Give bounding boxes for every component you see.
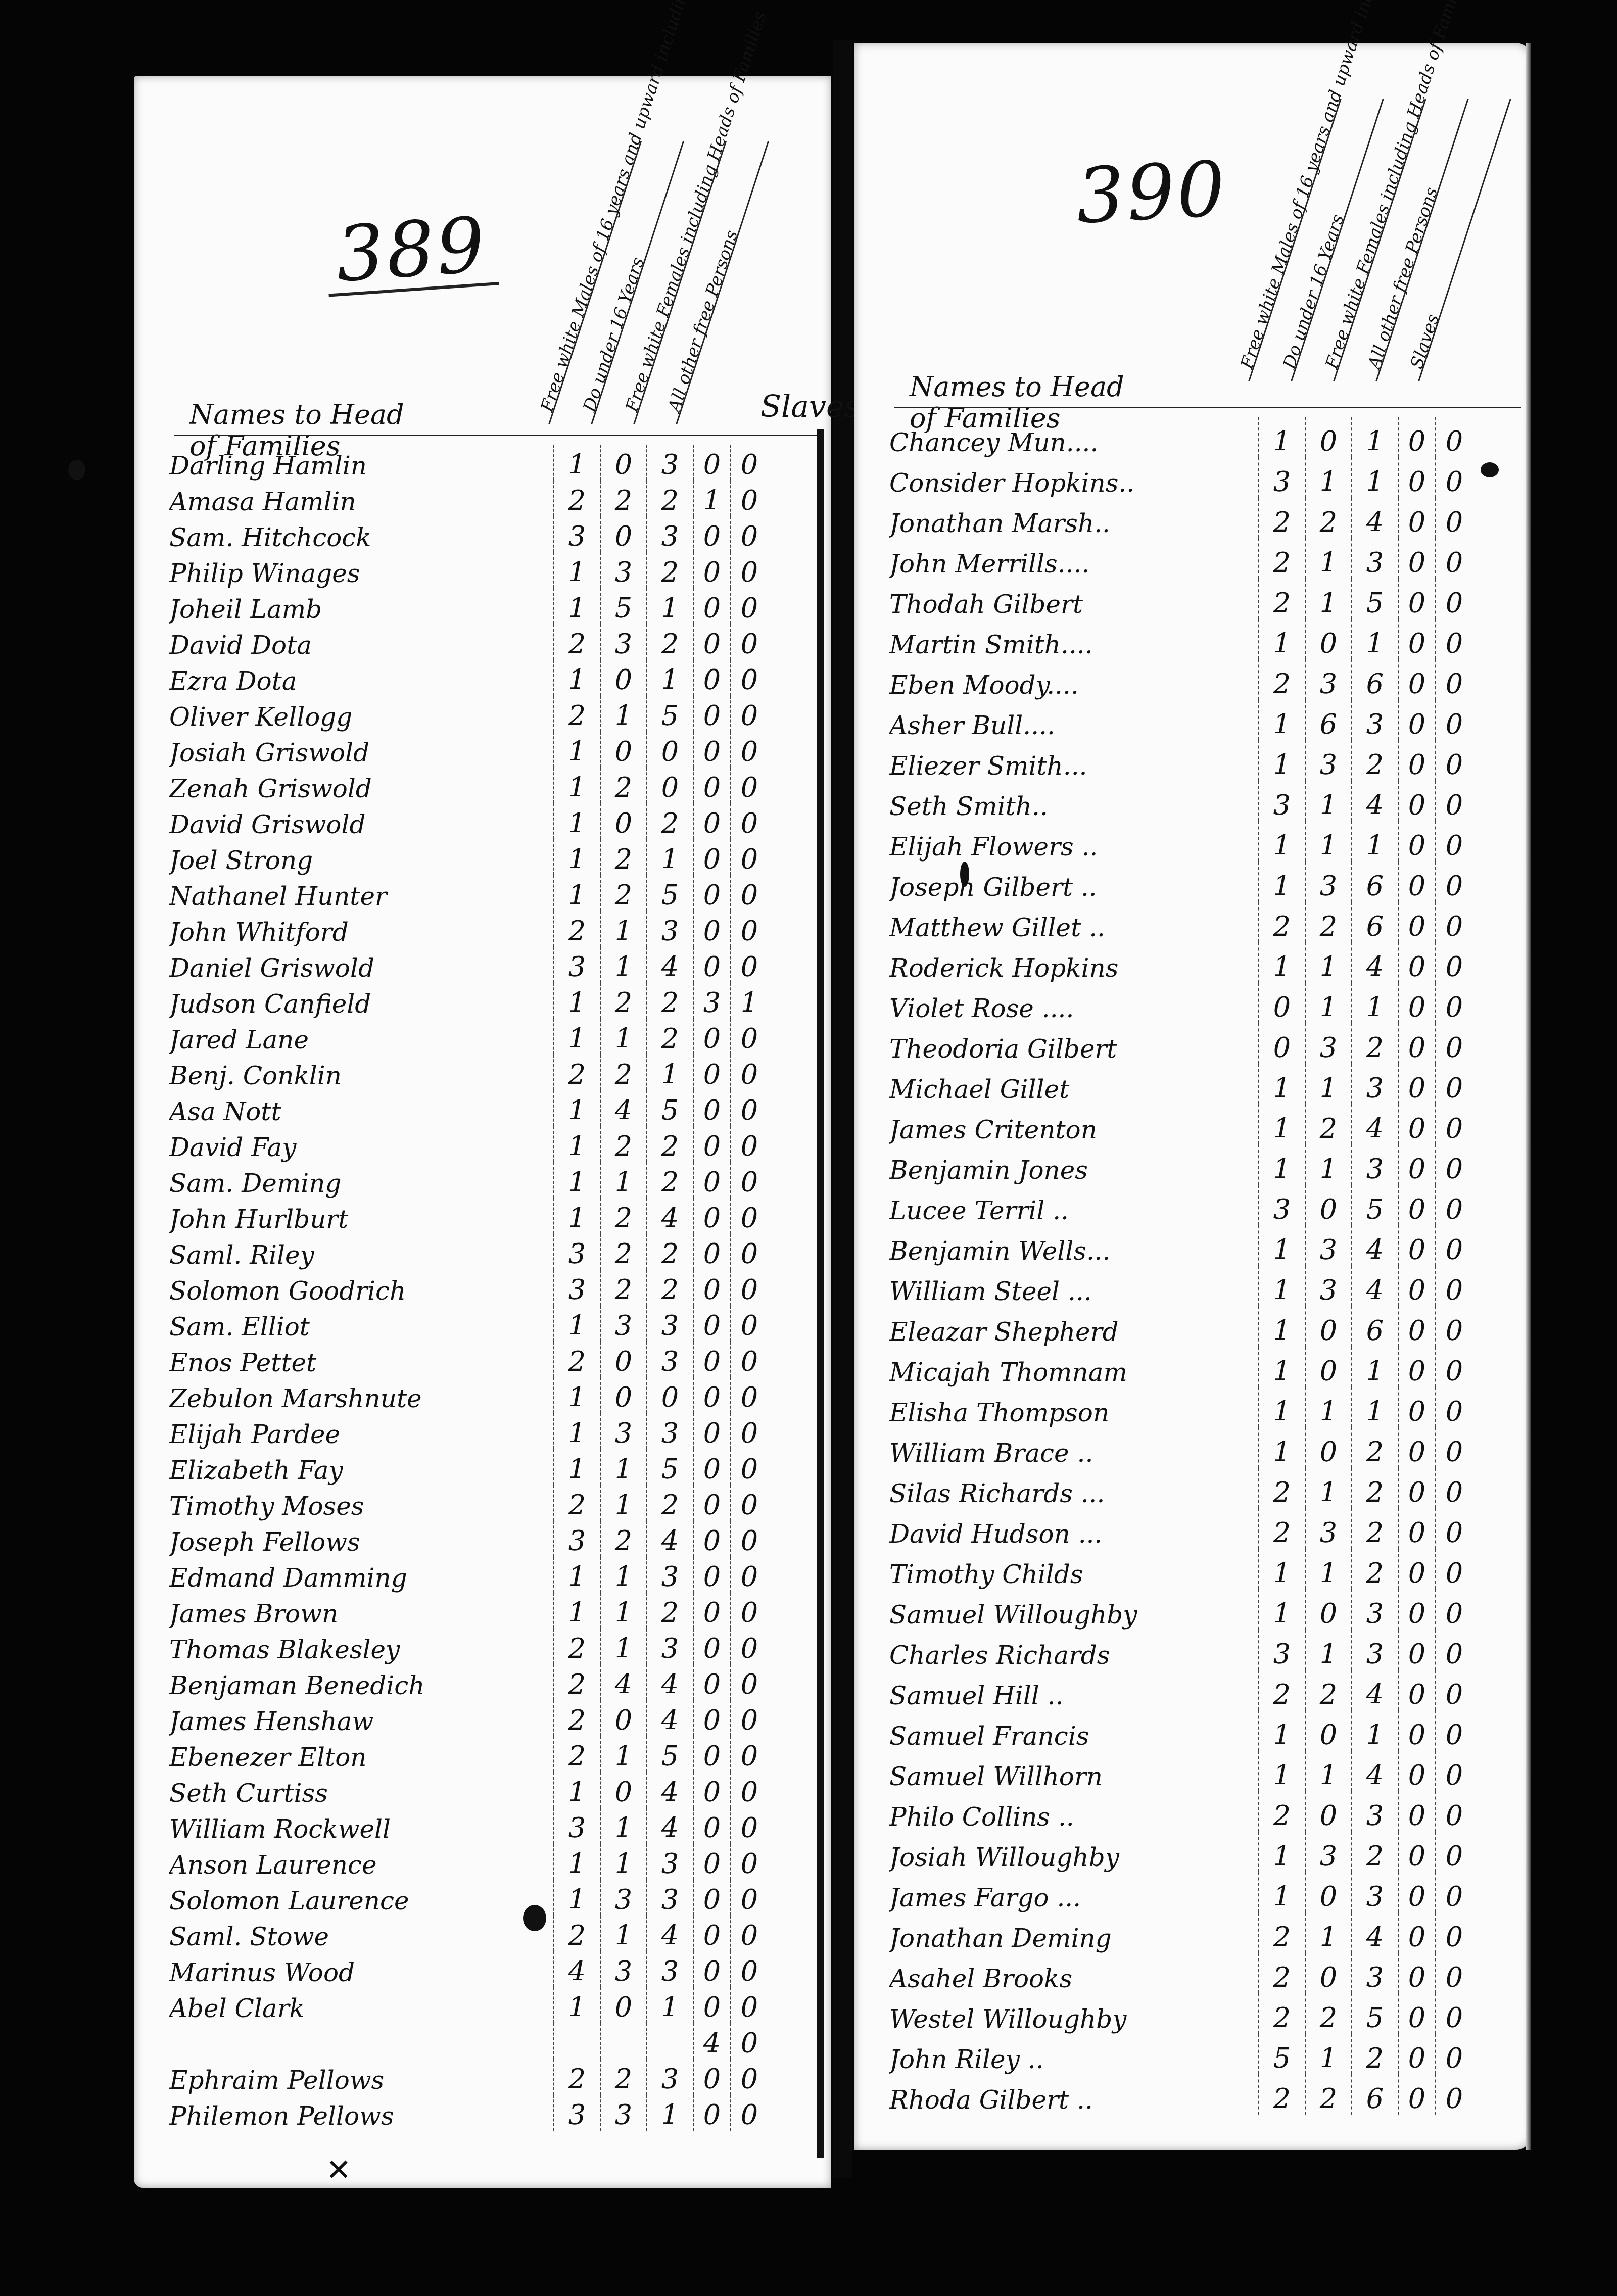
count-cell: 0 <box>1398 1266 1435 1306</box>
table-row: Zebulon Marshnute10000 <box>169 1377 816 1413</box>
count-cell: 4 <box>693 2023 730 2059</box>
count-cell: 1 <box>600 1808 646 1844</box>
count-cell: 1 <box>1305 1630 1351 1670</box>
count-cell <box>553 2023 600 2059</box>
count-cell: 1 <box>1305 579 1351 619</box>
count-cell: 1 <box>1305 1387 1351 1427</box>
count-cell: 2 <box>1258 1791 1305 1832</box>
table-row: Sam. Hitchcock30300 <box>169 516 816 552</box>
head-of-family-name: Sam. Elliot <box>169 1312 553 1342</box>
count-cell: 1 <box>553 1593 600 1629</box>
count-cell: 0 <box>693 2095 730 2131</box>
head-of-family-name: Elizabeth Fay <box>169 1456 553 1485</box>
head-of-family-name: Nathanel Hunter <box>169 882 553 911</box>
count-cell: 0 <box>730 1377 768 1413</box>
count-cell: 1 <box>1305 1468 1351 1508</box>
count-cell: 4 <box>553 1951 600 1987</box>
count-cell: 3 <box>1351 700 1398 740</box>
x-mark: ✕ <box>326 2152 351 2188</box>
count-cell: 0 <box>693 1413 730 1449</box>
count-cell: 0 <box>730 1736 768 1772</box>
count-cell: 2 <box>553 1342 600 1377</box>
head-of-family-name: Ebenezer Elton <box>169 1743 553 1772</box>
table-row: Jonathan Deming21400 <box>889 1912 1516 1953</box>
head-of-family-name: John Merrills.... <box>889 549 1258 579</box>
count-cell: 0 <box>730 875 768 911</box>
count-cell: 1 <box>693 481 730 516</box>
count-cell: 3 <box>1258 1185 1305 1225</box>
head-of-family-name: Michael Gillet <box>889 1075 1258 1104</box>
head-of-family-name: Elisha Thompson <box>889 1398 1258 1427</box>
count-cell: 1 <box>1258 1144 1305 1185</box>
count-cell: 3 <box>600 552 646 588</box>
count-cell: 0 <box>730 1700 768 1736</box>
count-cell: 4 <box>646 1664 693 1700</box>
count-cell: 0 <box>1305 1306 1351 1347</box>
count-cell: 0 <box>1398 2074 1435 2115</box>
count-cell: 4 <box>1351 1266 1398 1306</box>
count-cell: 3 <box>1305 1023 1351 1064</box>
count-cell: 0 <box>693 1306 730 1342</box>
count-cell: 0 <box>1398 1104 1435 1144</box>
table-row: Benj. Conklin22100 <box>169 1055 816 1090</box>
count-cell: 2 <box>646 803 693 839</box>
count-cell: 0 <box>1398 579 1435 619</box>
count-cell: 0 <box>730 696 768 732</box>
count-cell: 0 <box>1435 942 1472 983</box>
count-cell: 0 <box>1305 1872 1351 1912</box>
table-row: Philemon Pellows33100 <box>169 2095 816 2131</box>
count-cell: 0 <box>693 624 730 660</box>
count-cell: 3 <box>553 2095 600 2131</box>
count-cell: 1 <box>1258 700 1305 740</box>
count-cell: 1 <box>600 1593 646 1629</box>
count-cell: 0 <box>1398 1912 1435 1953</box>
count-cell: 0 <box>730 1126 768 1162</box>
count-cell: 1 <box>1351 619 1398 659</box>
count-cell: 0 <box>730 1557 768 1593</box>
table-row: Joseph Fellows32400 <box>169 1521 816 1557</box>
table-row: Eben Moody....23600 <box>889 659 1516 700</box>
table-row: Asahel Brooks20300 <box>889 1953 1516 1993</box>
count-cell: 4 <box>646 1772 693 1808</box>
count-cell: 0 <box>730 803 768 839</box>
table-row: Solomon Laurence13300 <box>169 1880 816 1916</box>
head-of-family-name: Samuel Francis <box>889 1721 1258 1751</box>
count-cell: 0 <box>730 2023 768 2059</box>
count-cell: 0 <box>1305 417 1351 457</box>
count-cell: 0 <box>1398 659 1435 700</box>
count-cell: 1 <box>1305 538 1351 579</box>
count-cell: 1 <box>646 660 693 696</box>
table-row: Anson Laurence11300 <box>169 1844 816 1880</box>
head-of-family-name: Timothy Childs <box>889 1560 1258 1589</box>
count-cell: 3 <box>646 1557 693 1593</box>
count-cell: 2 <box>600 875 646 911</box>
count-cell: 1 <box>646 1055 693 1090</box>
table-row: Darling Hamlin10300 <box>169 445 816 481</box>
count-cell: 0 <box>730 445 768 481</box>
table-row: Martin Smith....10100 <box>889 619 1516 659</box>
table-row: Solomon Goodrich32200 <box>169 1270 816 1306</box>
count-cell: 2 <box>553 1664 600 1700</box>
count-cell: 0 <box>1435 659 1472 700</box>
count-cell: 0 <box>730 1772 768 1808</box>
count-cell: 2 <box>1258 659 1305 700</box>
count-cell: 6 <box>1351 1306 1398 1347</box>
count-cell: 0 <box>1398 942 1435 983</box>
count-cell: 1 <box>1258 1710 1305 1751</box>
count-cell: 0 <box>1398 1630 1435 1670</box>
count-cell: 4 <box>646 1700 693 1736</box>
count-cell: 5 <box>600 588 646 624</box>
count-cell: 0 <box>693 1126 730 1162</box>
table-row: James Fargo ...10300 <box>889 1872 1516 1912</box>
count-cell: 1 <box>1305 457 1351 498</box>
count-cell: 2 <box>646 983 693 1019</box>
count-cell: 2 <box>553 1916 600 1951</box>
page-edge <box>1526 43 1531 2150</box>
count-cell: 0 <box>1398 1023 1435 1064</box>
table-row: William Brace ..10200 <box>889 1427 1516 1468</box>
count-cell: 0 <box>693 1162 730 1198</box>
head-of-family-name: Martin Smith.... <box>889 630 1258 659</box>
count-cell: 2 <box>1258 538 1305 579</box>
count-cell: 1 <box>553 1449 600 1485</box>
table-row: Chancey Mun....10100 <box>889 417 1516 457</box>
count-cell: 2 <box>646 1593 693 1629</box>
count-cell: 1 <box>600 1449 646 1485</box>
head-of-family-name: William Steel ... <box>889 1277 1258 1306</box>
count-cell: 3 <box>1305 1225 1351 1266</box>
table-row: Elizabeth Fay11500 <box>169 1449 816 1485</box>
slaves-column-label: Slaves <box>760 389 860 424</box>
head-of-family-name: Thomas Blakesley <box>169 1635 553 1664</box>
table-row: David Dota23200 <box>169 624 816 660</box>
ink-blot <box>1481 462 1499 477</box>
count-cell: 2 <box>553 2059 600 2095</box>
count-cell: 0 <box>1398 538 1435 579</box>
count-cell: 0 <box>1398 1751 1435 1791</box>
count-cell: 0 <box>600 803 646 839</box>
count-cell: 0 <box>1435 1508 1472 1549</box>
table-row: Ezra Dota10100 <box>169 660 816 696</box>
count-cell: 0 <box>730 1019 768 1055</box>
count-cell: 3 <box>1305 1508 1351 1549</box>
count-cell: 2 <box>646 481 693 516</box>
count-cell: 0 <box>693 1449 730 1485</box>
names-header-line-1: Names to Head <box>910 371 1124 403</box>
count-cell: 0 <box>1435 1589 1472 1630</box>
count-cell: 0 <box>646 732 693 768</box>
table-row: Ephraim Pellows22300 <box>169 2059 816 2095</box>
count-cell: 3 <box>646 1306 693 1342</box>
count-cell: 0 <box>693 1736 730 1772</box>
count-cell: 0 <box>693 696 730 732</box>
table-row: Westel Willoughby22500 <box>889 1993 1516 2034</box>
count-cell: 2 <box>646 1485 693 1521</box>
count-cell: 1 <box>1258 1306 1305 1347</box>
count-cell: 3 <box>600 1951 646 1987</box>
count-cell: 1 <box>1351 1387 1398 1427</box>
table-row: Nathanel Hunter12500 <box>169 875 816 911</box>
count-cell: 0 <box>693 1951 730 1987</box>
head-of-family-name: Zebulon Marshnute <box>169 1384 553 1413</box>
count-cell: 3 <box>646 2059 693 2095</box>
count-cell: 0 <box>693 875 730 911</box>
count-cell: 2 <box>1305 498 1351 538</box>
count-cell: 6 <box>1351 2074 1398 2115</box>
count-cell: 4 <box>646 1916 693 1951</box>
count-cell: 2 <box>1258 1912 1305 1953</box>
count-cell: 0 <box>693 839 730 875</box>
page-390: 390 Free white Males of 16 years and upw… <box>854 43 1531 2150</box>
count-cell: 0 <box>730 2095 768 2131</box>
count-cell: 0 <box>1435 1630 1472 1670</box>
count-cell: 1 <box>553 1090 600 1126</box>
count-cell: 1 <box>553 768 600 803</box>
head-of-family-name: Eliezer Smith... <box>889 751 1258 781</box>
head-of-family-name: William Rockwell <box>169 1814 553 1844</box>
count-cell: 0 <box>1398 862 1435 902</box>
count-cell: 1 <box>553 839 600 875</box>
count-cell: 0 <box>1398 1993 1435 2034</box>
count-cell: 1 <box>553 660 600 696</box>
table-row: Matthew Gillet ..22600 <box>889 902 1516 942</box>
page-margin-rule <box>817 429 824 2158</box>
head-of-family-name: Silas Richards ... <box>889 1479 1258 1508</box>
count-cell: 1 <box>1258 1751 1305 1791</box>
count-cell: 0 <box>600 1772 646 1808</box>
count-cell: 0 <box>730 1342 768 1377</box>
head-of-family-name: Samuel Willoughby <box>889 1600 1258 1630</box>
table-row: Samuel Willoughby10300 <box>889 1589 1516 1630</box>
count-cell: 1 <box>1258 942 1305 983</box>
count-cell: 4 <box>1351 1912 1398 1953</box>
count-cell: 3 <box>1351 1064 1398 1104</box>
count-cell: 2 <box>600 1055 646 1090</box>
table-row: Amasa Hamlin22210 <box>169 481 816 516</box>
table-row: Theodoria Gilbert03200 <box>889 1023 1516 1064</box>
count-cell: 0 <box>1398 821 1435 862</box>
table-row: Silas Richards ...21200 <box>889 1468 1516 1508</box>
table-row: James Brown11200 <box>169 1593 816 1629</box>
count-cell: 0 <box>1435 1832 1472 1872</box>
table-row: Zenah Griswold12000 <box>169 768 816 803</box>
count-cell: 0 <box>1305 1791 1351 1832</box>
table-row: Roderick Hopkins11400 <box>889 942 1516 983</box>
count-cell: 0 <box>1435 1104 1472 1144</box>
count-cell: 1 <box>1258 1832 1305 1872</box>
count-cell: 0 <box>693 1629 730 1664</box>
count-cell: 0 <box>1435 821 1472 862</box>
count-cell: 3 <box>1305 1832 1351 1872</box>
head-of-family-name: Philo Collins .. <box>889 1802 1258 1832</box>
count-cell: 2 <box>600 481 646 516</box>
count-cell: 0 <box>693 1198 730 1234</box>
head-of-family-name: Roderick Hopkins <box>889 953 1258 983</box>
count-cell: 3 <box>1351 1589 1398 1630</box>
column-headers: Free white Males of 16 years and upward … <box>548 141 831 424</box>
head-of-family-name: David Griswold <box>169 810 553 839</box>
count-cell: 0 <box>1305 1589 1351 1630</box>
count-cell: 0 <box>693 588 730 624</box>
count-cell: 2 <box>646 1270 693 1306</box>
head-of-family-name: Josiah Griswold <box>169 738 553 768</box>
table-row: Seth Curtiss10400 <box>169 1772 816 1808</box>
count-cell: 0 <box>730 1951 768 1987</box>
count-cell: 1 <box>1258 1064 1305 1104</box>
head-of-family-name: Micajah Thomnam <box>889 1358 1258 1387</box>
count-cell: 0 <box>1398 619 1435 659</box>
count-cell: 2 <box>646 624 693 660</box>
count-cell: 0 <box>1398 700 1435 740</box>
names-header-line-1: Names to Head <box>189 399 404 431</box>
count-cell: 2 <box>600 768 646 803</box>
count-cell: 2 <box>1258 579 1305 619</box>
count-cell: 0 <box>1398 983 1435 1023</box>
head-of-family-name: Eleazar Shepherd <box>889 1317 1258 1347</box>
count-cell: 0 <box>730 839 768 875</box>
count-cell: 4 <box>646 1521 693 1557</box>
count-cell: 0 <box>600 732 646 768</box>
head-of-family-name: James Henshaw <box>169 1707 553 1736</box>
page-389: 389 Free white Males of 16 years and upw… <box>134 76 831 2188</box>
count-cell: 0 <box>730 1055 768 1090</box>
head-of-family-name: Rhoda Gilbert .. <box>889 2085 1258 2115</box>
count-cell: 1 <box>553 1772 600 1808</box>
table-row: Michael Gillet11300 <box>889 1064 1516 1104</box>
table-row: Josiah Griswold10000 <box>169 732 816 768</box>
count-cell: 3 <box>600 1306 646 1342</box>
table-row: Elijah Flowers ..11100 <box>889 821 1516 862</box>
head-of-family-name: John Riley .. <box>889 2045 1258 2074</box>
count-cell: 0 <box>1305 1710 1351 1751</box>
count-cell: 0 <box>693 732 730 768</box>
count-cell: 0 <box>1398 2034 1435 2074</box>
table-row: Daniel Griswold31400 <box>169 947 816 983</box>
count-cell: 0 <box>600 1987 646 2023</box>
head-of-family-name: Saml. Stowe <box>169 1922 553 1951</box>
head-of-family-name: Philemon Pellows <box>169 2101 553 2131</box>
count-cell: 1 <box>600 947 646 983</box>
head-of-family-name: Abel Clark <box>169 1994 553 2023</box>
count-cell: 1 <box>646 588 693 624</box>
count-cell: 3 <box>553 1234 600 1270</box>
table-row: Samuel Willhorn11400 <box>889 1751 1516 1791</box>
count-cell: 0 <box>693 1055 730 1090</box>
count-cell: 0 <box>1305 1953 1351 1993</box>
count-cell: 0 <box>693 1090 730 1126</box>
count-cell: 0 <box>730 1090 768 1126</box>
table-row: Ebenezer Elton21500 <box>169 1736 816 1772</box>
count-cell: 0 <box>693 803 730 839</box>
head-of-family-name: Chancey Mun.... <box>889 428 1258 457</box>
head-of-family-name: Westel Willoughby <box>889 2004 1258 2034</box>
table-row: Jared Lane11200 <box>169 1019 816 1055</box>
table-row: Elijah Pardee13300 <box>169 1413 816 1449</box>
head-of-family-name: Marinus Wood <box>169 1958 553 1987</box>
count-cell: 2 <box>1351 1427 1398 1468</box>
head-of-family-name: Joseph Fellows <box>169 1527 553 1557</box>
head-of-family-name: Ephraim Pellows <box>169 2066 553 2095</box>
count-cell: 2 <box>1351 1549 1398 1589</box>
count-cell: 0 <box>1398 1306 1435 1347</box>
count-cell: 6 <box>1351 862 1398 902</box>
count-cell: 1 <box>600 911 646 947</box>
count-cell: 1 <box>1305 1912 1351 1953</box>
count-cell: 1 <box>1258 1266 1305 1306</box>
head-of-family-name: Samuel Hill .. <box>889 1681 1258 1710</box>
page-number: 390 <box>1074 145 1229 241</box>
count-cell: 1 <box>553 1377 600 1413</box>
table-row: Abel Clark10100 <box>169 1987 816 2023</box>
count-cell: 0 <box>730 1162 768 1198</box>
count-cell: 0 <box>1435 538 1472 579</box>
count-cell: 1 <box>1305 1144 1351 1185</box>
count-cell: 0 <box>693 1019 730 1055</box>
count-cell: 1 <box>553 1880 600 1916</box>
count-cell: 3 <box>1305 659 1351 700</box>
head-of-family-name: David Dota <box>169 631 553 660</box>
count-cell: 1 <box>553 983 600 1019</box>
count-cell: 0 <box>693 911 730 947</box>
table-row: Violet Rose ....01100 <box>889 983 1516 1023</box>
count-cell: 0 <box>1435 1468 1472 1508</box>
table-row: David Hudson ...23200 <box>889 1508 1516 1549</box>
head-of-family-name: Zenah Griswold <box>169 774 553 803</box>
count-cell: 0 <box>1435 457 1472 498</box>
head-of-family-name: William Brace .. <box>889 1439 1258 1468</box>
count-cell: 0 <box>693 2059 730 2095</box>
count-cell: 2 <box>1258 2074 1305 2115</box>
count-cell: 0 <box>1435 1064 1472 1104</box>
count-cell: 0 <box>730 1306 768 1342</box>
count-cell: 0 <box>730 552 768 588</box>
count-cell: 0 <box>1398 1225 1435 1266</box>
table-row: David Griswold10200 <box>169 803 816 839</box>
count-cell: 0 <box>1398 1508 1435 1549</box>
count-cell: 0 <box>1258 983 1305 1023</box>
count-cell: 2 <box>553 696 600 732</box>
count-cell: 1 <box>553 552 600 588</box>
count-cell: 0 <box>1398 417 1435 457</box>
count-cell: 2 <box>1305 2074 1351 2115</box>
table-row: James Henshaw20400 <box>169 1700 816 1736</box>
count-cell: 4 <box>600 1664 646 1700</box>
table-row: Benjaman Benedich24400 <box>169 1664 816 1700</box>
count-cell: 2 <box>1258 1508 1305 1549</box>
count-cell: 2 <box>600 1234 646 1270</box>
count-cell: 0 <box>1305 1347 1351 1387</box>
count-cell: 2 <box>1351 1508 1398 1549</box>
count-cell: 1 <box>1305 1549 1351 1589</box>
head-of-family-name: Benjaman Benedich <box>169 1671 553 1700</box>
table-row: Consider Hopkins..31100 <box>889 457 1516 498</box>
count-cell: 0 <box>1398 1347 1435 1387</box>
count-cell: 1 <box>1305 1064 1351 1104</box>
head-of-family-name: Seth Curtiss <box>169 1779 553 1808</box>
count-cell: 1 <box>1258 1347 1305 1387</box>
count-cell: 0 <box>1398 1468 1435 1508</box>
count-cell: 1 <box>1258 619 1305 659</box>
count-cell: 0 <box>1398 1144 1435 1185</box>
ink-blot <box>68 460 85 480</box>
count-cell: 0 <box>1435 902 1472 942</box>
head-of-family-name: Consider Hopkins.. <box>889 468 1258 498</box>
header-rule <box>894 407 1521 408</box>
count-cell: 0 <box>1435 1387 1472 1427</box>
